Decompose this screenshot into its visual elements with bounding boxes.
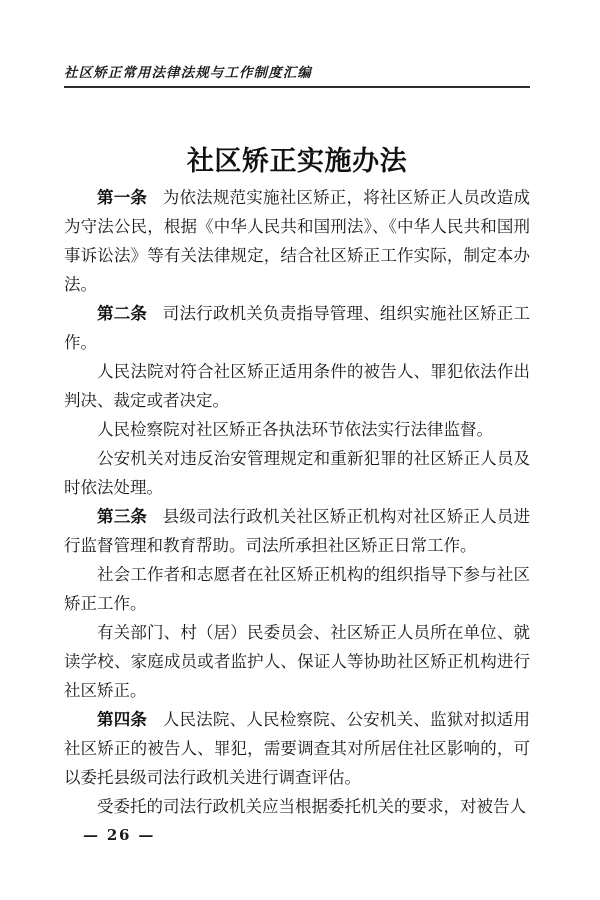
header-divider-rule: [64, 86, 530, 88]
paragraph-text: 公安机关对违反治安管理规定和重新犯罪的社区矫正人员及时依法处理。: [64, 449, 530, 497]
article-number-label: 第二条: [97, 304, 147, 323]
paragraph-text: 人民法院对符合社区矫正适用条件的被告人、罪犯依法作出判决、裁定或者决定。: [64, 362, 530, 410]
paragraph-article-3: 第三条县级司法行政机关社区矫正机构对社区矫正人员进行监督管理和教育帮助。司法所承…: [64, 502, 530, 560]
book-page: 社区矫正常用法律法规与工作制度汇编 社区矫正实施办法 第一条为依法规范实施社区矫…: [0, 0, 600, 900]
paragraph-article-1: 第一条为依法规范实施社区矫正，将社区矫正人员改造成为守法公民，根据《中华人民共和…: [64, 183, 530, 299]
paragraph-text: 社会工作者和志愿者在社区矫正机构的组织指导下参与社区矫正工作。: [64, 565, 530, 613]
paragraph: 有关部门、村（居）民委员会、社区矫正人员所在单位、就读学校、家庭成员或者监护人、…: [64, 618, 530, 705]
running-header-book-title: 社区矫正常用法律法规与工作制度汇编: [64, 61, 530, 88]
page-number: — 26 —: [83, 826, 155, 844]
article-number-label: 第三条: [97, 507, 147, 526]
paragraph-text: 受委托的司法行政机关应当根据委托机关的要求，对被告人: [97, 797, 526, 816]
paragraph: 人民检察院对社区矫正各执法环节依法实行法律监督。: [64, 415, 530, 444]
paragraph: 人民法院对符合社区矫正适用条件的被告人、罪犯依法作出判决、裁定或者决定。: [64, 357, 530, 415]
paragraph-text: 有关部门、村（居）民委员会、社区矫正人员所在单位、就读学校、家庭成员或者监护人、…: [64, 623, 530, 700]
paragraph-article-4: 第四条人民法院、人民检察院、公安机关、监狱对拟适用社区矫正的被告人、罪犯，需要调…: [64, 705, 530, 792]
paragraph: 受委托的司法行政机关应当根据委托机关的要求，对被告人: [64, 792, 530, 821]
document-body: 第一条为依法规范实施社区矫正，将社区矫正人员改造成为守法公民，根据《中华人民共和…: [64, 183, 530, 821]
paragraph: 社会工作者和志愿者在社区矫正机构的组织指导下参与社区矫正工作。: [64, 560, 530, 618]
article-number-label: 第一条: [97, 188, 147, 207]
paragraph-article-2: 第二条司法行政机关负责指导管理、组织实施社区矫正工作。: [64, 299, 530, 357]
paragraph: 公安机关对违反治安管理规定和重新犯罪的社区矫正人员及时依法处理。: [64, 444, 530, 502]
document-title: 社区矫正实施办法: [64, 139, 530, 178]
article-number-label: 第四条: [97, 710, 147, 729]
paragraph-text: 人民检察院对社区矫正各执法环节依法实行法律监督。: [97, 420, 493, 439]
